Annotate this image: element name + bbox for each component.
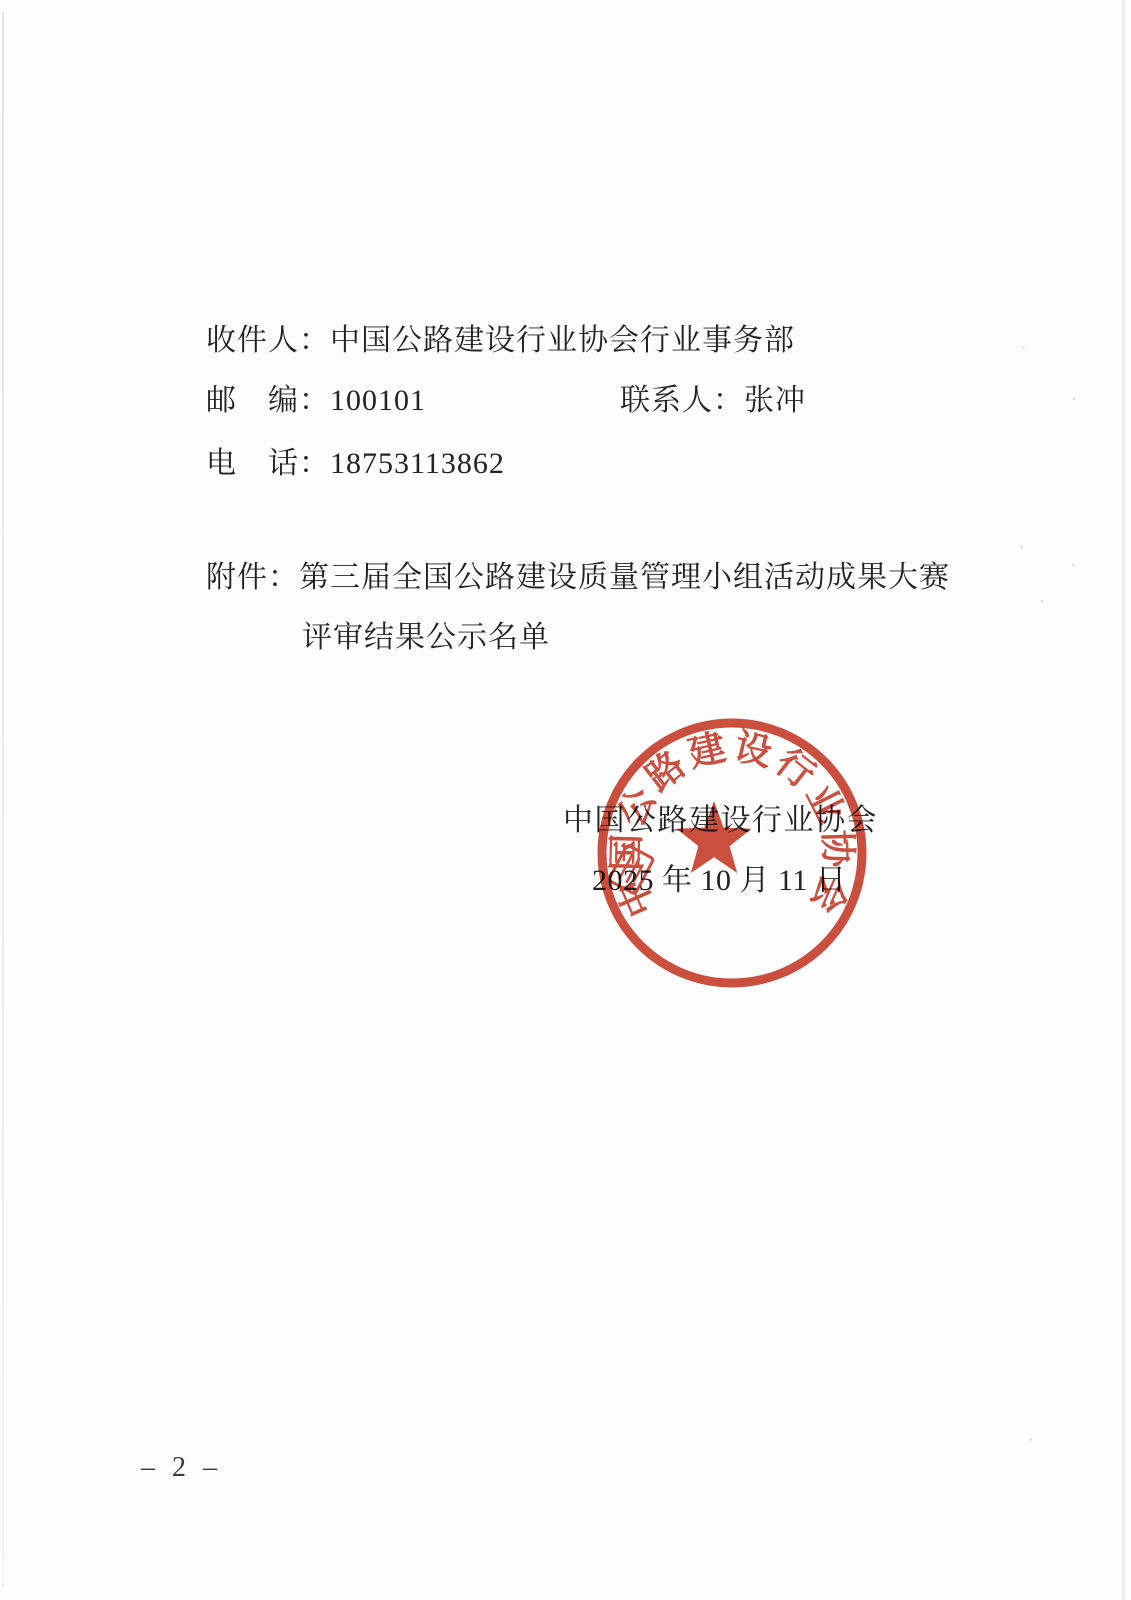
contact-value: 张冲	[744, 384, 806, 417]
scan-speck	[1022, 346, 1025, 349]
phone-label: 电 话：	[206, 447, 330, 480]
phone-line: 电 话：18753113862	[206, 449, 505, 479]
document-page: 收件人：中国公路建设行业协会行业事务部 邮 编：100101 联系人：张冲 电 …	[0, 0, 1131, 1600]
recipient-line: 收件人：中国公路建设行业协会行业事务部	[206, 326, 795, 356]
attachment-title: 第三届全国公路建设质量管理小组活动成果大赛	[299, 561, 950, 594]
scan-speck	[1041, 600, 1044, 603]
scan-edge-right	[1122, 0, 1125, 1600]
postal-value: 100101	[330, 384, 426, 417]
scan-speck	[1020, 546, 1023, 549]
scan-speck	[1073, 397, 1076, 400]
postal-label: 邮 编：	[206, 384, 330, 417]
official-seal: 中国公路建设行业协会	[592, 713, 872, 993]
contact-label: 联系人：	[620, 384, 744, 417]
scan-speck	[1029, 1438, 1032, 1441]
postal-code-line: 邮 编：100101	[206, 386, 426, 416]
recipient-value: 中国公路建设行业协会行业事务部	[330, 324, 795, 357]
scan-speck	[1072, 564, 1075, 567]
attachment-title-continued: 评审结果公示名单	[302, 621, 550, 654]
page-number: – 2 –	[141, 1452, 222, 1484]
contact-person-line: 联系人：张冲	[620, 386, 806, 416]
scan-edge-left	[2, 12, 4, 1587]
attachment-line-2: 评审结果公示名单	[302, 623, 550, 653]
red-star-icon	[677, 801, 752, 873]
recipient-label: 收件人：	[206, 324, 330, 357]
phone-value: 18753113862	[330, 447, 505, 480]
attachment-line-1: 附件：第三届全国公路建设质量管理小组活动成果大赛	[206, 563, 950, 593]
attachment-label: 附件：	[206, 561, 299, 594]
